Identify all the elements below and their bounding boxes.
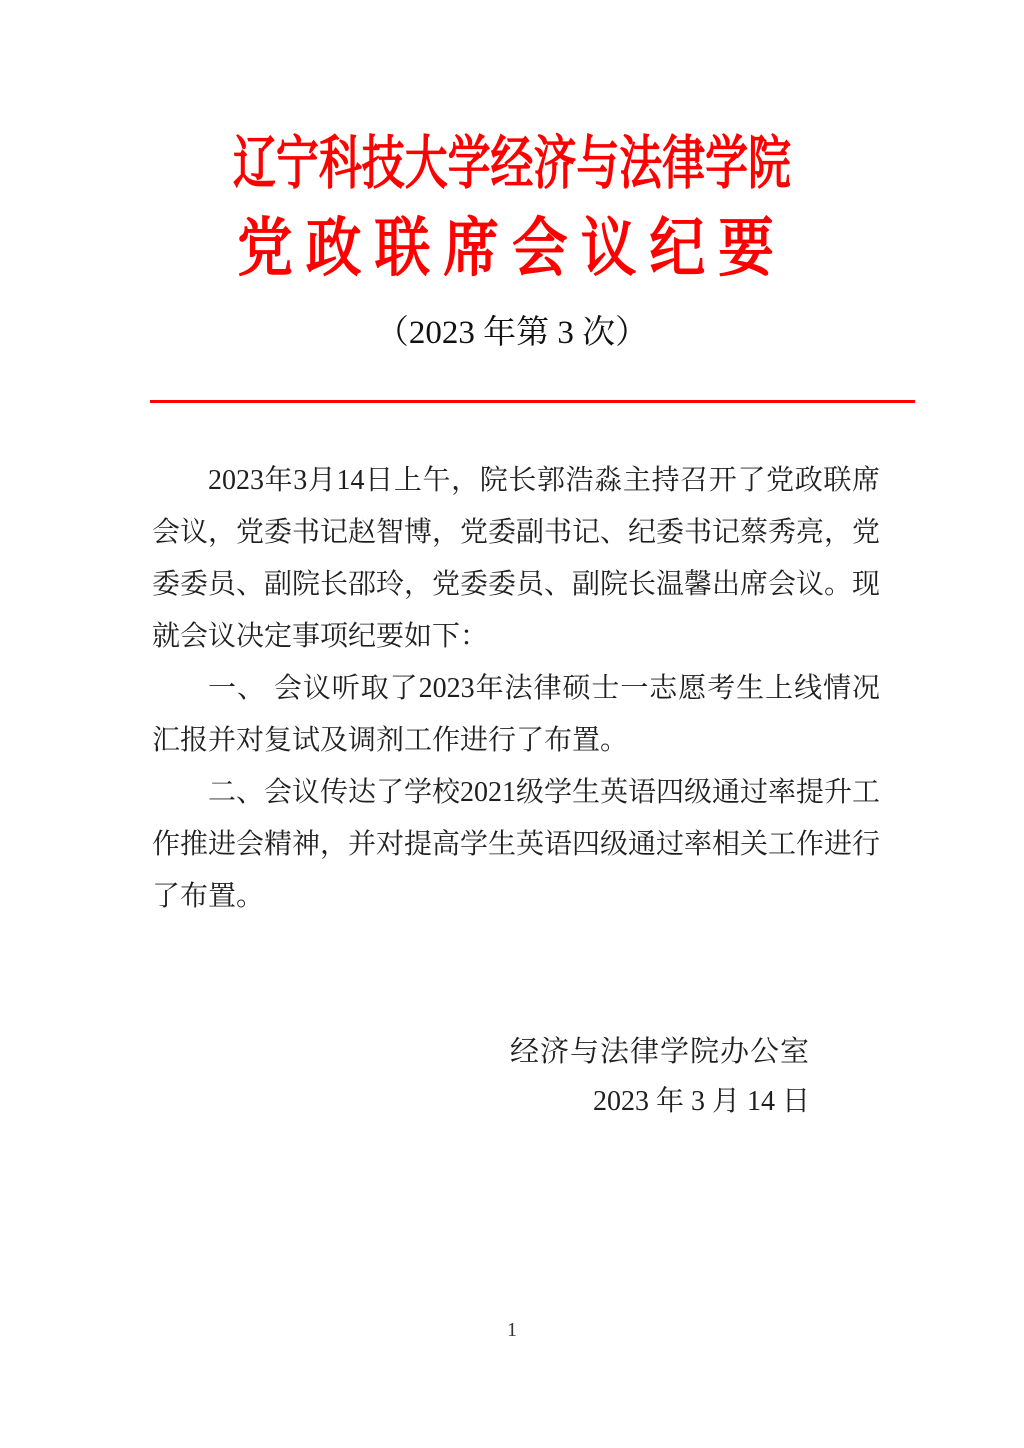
doc-title: 党政联席会议纪要: [67, 206, 958, 290]
body-paragraph-item-1: 一、 会议听取了2023年法律硕士一志愿考生上线情况汇报并对复试及调剂工作进行了…: [152, 663, 880, 767]
signature-date: 2023 年 3 月 14 日: [510, 1080, 810, 1124]
body-paragraph-intro: 2023年3月14日上午，院长郭浩淼主持召开了党政联席会议，党委书记赵智博，党委…: [152, 455, 880, 663]
session-number: （2023 年第 3 次）: [0, 312, 1024, 354]
document-body: 2023年3月14日上午，院长郭浩淼主持召开了党政联席会议，党委书记赵智博，党委…: [152, 455, 880, 923]
page-number: 1: [0, 1316, 1024, 1344]
body-paragraph-item-2: 二、会议传达了学校2021级学生英语四级通过率提升工作推进会精神，并对提高学生英…: [152, 767, 880, 923]
header-divider-line: [150, 400, 915, 403]
signature-block: 经济与法律学院办公室 2023 年 3 月 14 日: [510, 1030, 810, 1124]
org-title: 辽宁科技大学经济与法律学院: [133, 128, 891, 200]
signature-office: 经济与法律学院办公室: [510, 1030, 810, 1074]
document-page: 辽宁科技大学经济与法律学院 党政联席会议纪要 （2023 年第 3 次） 202…: [0, 0, 1024, 1448]
